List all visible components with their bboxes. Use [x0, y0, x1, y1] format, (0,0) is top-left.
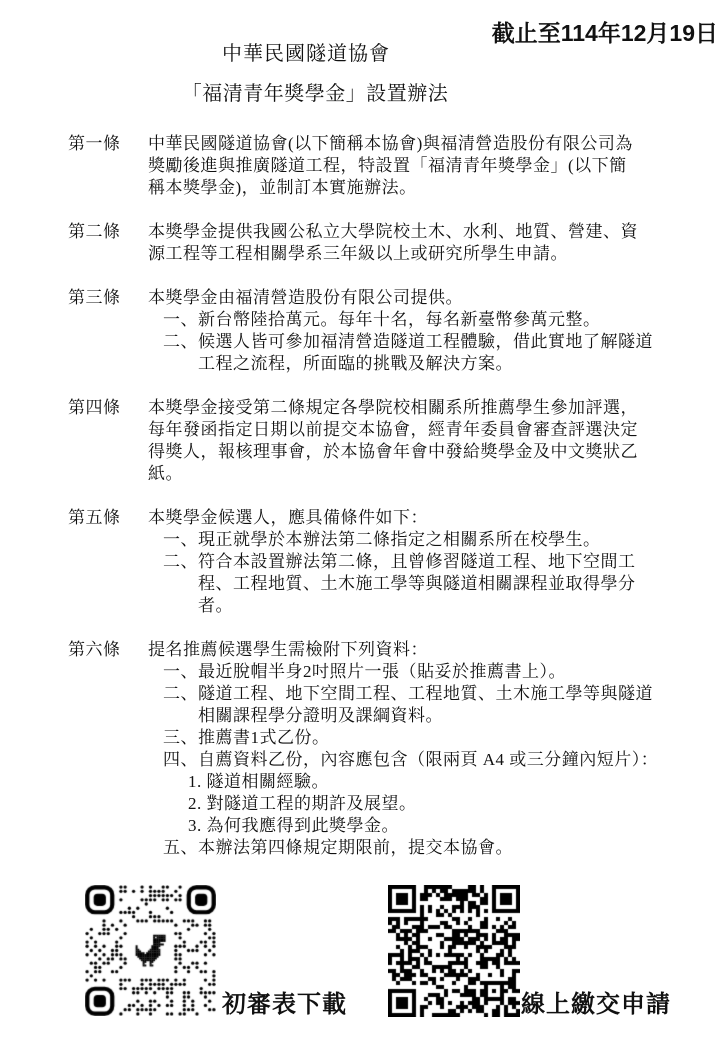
- articles-section: 第一條 中華民國隧道協會(以下簡稱本協會)與福清營造股份有限公司為 獎勵後進與推…: [68, 133, 668, 881]
- article-3: 第三條 本獎學金由福清營造股份有限公司提供。 一、新台幣陸拾萬元。每年十名，每名…: [68, 287, 668, 375]
- article-2-text: 本獎學金提供我國公私立大學院校土木、水利、地質、營建、資 源工程等工程相關學系三…: [148, 221, 668, 265]
- submit-qr-label: 線上繳交申請: [521, 984, 671, 1019]
- download-qr-label: 初審表下載: [222, 984, 347, 1019]
- article-6-item-1: 一、最近脫帽半身2吋照片一張（貼妥於推薦書上）。: [198, 661, 668, 683]
- article-1-number: 第一條: [68, 133, 148, 155]
- article-6: 第六條 提名推薦候選學生需檢附下列資料： 一、最近脫帽半身2吋照片一張（貼妥於推…: [68, 639, 668, 859]
- article-3-item-2: 二、候選人皆可參加福清營造隧道工程體驗，借此實地了解隧道 工程之流程，所面臨的挑…: [198, 331, 668, 375]
- article-5-number: 第五條: [68, 507, 148, 529]
- article-6-item-2: 二、隧道工程、地下空間工程、工程地質、土木施工學等與隧道 相關課程學分證明及課綱…: [198, 683, 668, 727]
- article-5-item-1: 一、現正就學於本辦法第二條指定之相關系所在校學生。: [198, 529, 668, 551]
- article-1-text: 中華民國隧道協會(以下簡稱本協會)與福清營造股份有限公司為 獎勵後進與推廣隧道工…: [148, 133, 668, 199]
- article-3-number: 第三條: [68, 287, 148, 309]
- article-6-number: 第六條: [68, 639, 148, 661]
- article-6-item-3: 三、推薦書1式乙份。: [198, 727, 668, 749]
- article-6-subitem-3: 3. 為何我應得到此獎學金。: [188, 815, 668, 837]
- article-5: 第五條 本獎學金候選人，應具備條件如下： 一、現正就學於本辦法第二條指定之相關系…: [68, 507, 668, 617]
- org-name: 中華民國隧道協會: [0, 37, 612, 66]
- article-6-subitem-2: 2. 對隧道工程的期許及展望。: [188, 793, 668, 815]
- article-2-number: 第二條: [68, 221, 148, 243]
- download-qr-code-icon: [85, 885, 216, 1016]
- article-6-subitem-1: 1. 隧道相關經驗。: [188, 771, 668, 793]
- article-1: 第一條 中華民國隧道協會(以下簡稱本協會)與福清營造股份有限公司為 獎勵後進與推…: [68, 133, 668, 199]
- article-4-text: 本獎學金接受第二條規定各學院校相關系所推薦學生參加評選， 每年發函指定日期以前提…: [148, 397, 668, 485]
- article-3-text: 本獎學金由福清營造股份有限公司提供。: [148, 287, 668, 309]
- doc-title: 「福清青年獎學金」設置辦法: [0, 77, 630, 106]
- submit-qr-code-icon: [388, 885, 520, 1017]
- document-page: 截止至114年12月19日 中華民國隧道協會 「福清青年獎學金」設置辦法 第一條…: [0, 0, 720, 1040]
- article-6-text: 提名推薦候選學生需檢附下列資料：: [148, 639, 668, 661]
- article-6-item-4: 四、自薦資料乙份，內容應包含（限兩頁 A4 或三分鐘內短片）：: [198, 749, 668, 771]
- article-6-item-5: 五、本辦法第四條規定期限前，提交本協會。: [198, 837, 668, 859]
- article-5-text: 本獎學金候選人，應具備條件如下：: [148, 507, 668, 529]
- article-4: 第四條 本獎學金接受第二條規定各學院校相關系所推薦學生參加評選， 每年發函指定日…: [68, 397, 668, 485]
- article-5-item-2: 二、符合本設置辦法第二條，且曾修習隧道工程、地下空間工 程、工程地質、土木施工學…: [198, 551, 668, 617]
- article-4-number: 第四條: [68, 397, 148, 419]
- article-3-item-1: 一、新台幣陸拾萬元。每年十名，每名新臺幣參萬元整。: [198, 309, 668, 331]
- article-2: 第二條 本獎學金提供我國公私立大學院校土木、水利、地質、營建、資 源工程等工程相…: [68, 221, 668, 265]
